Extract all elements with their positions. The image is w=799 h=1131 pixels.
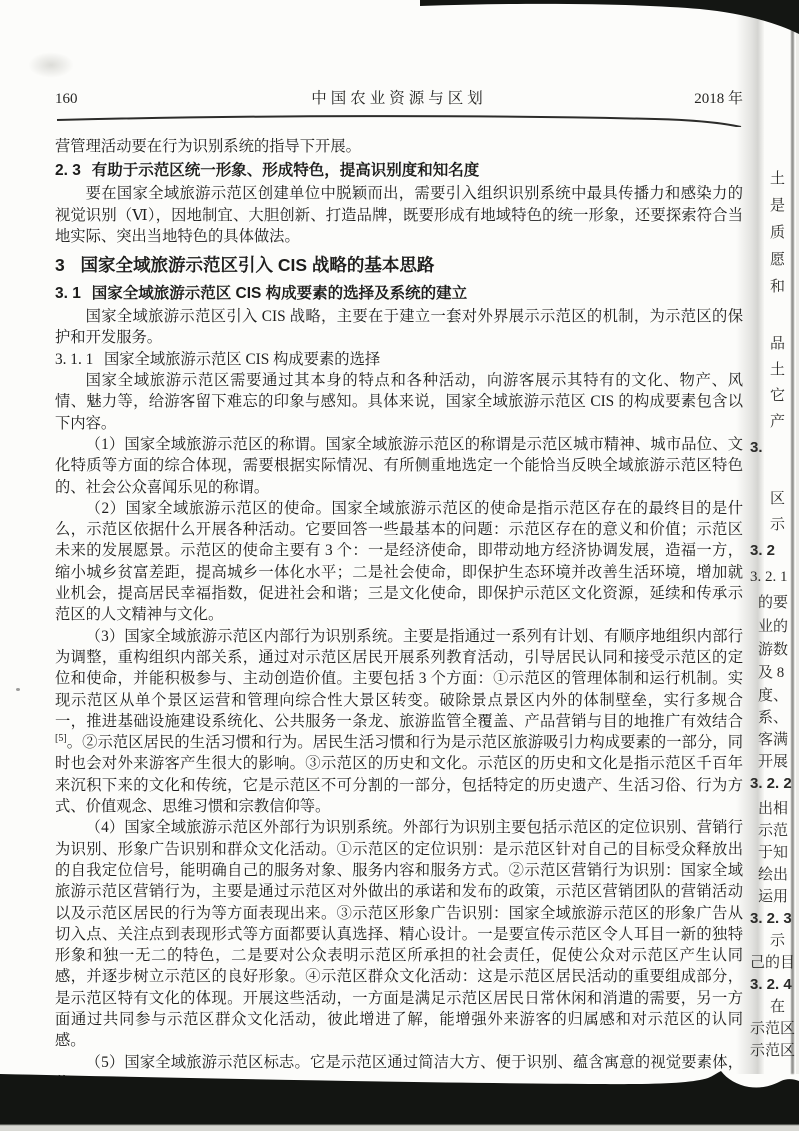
paragraph: （2）国家全域旅游示范区的使命。国家全域旅游示范区的使命是指示范区存在的最终目的… (55, 498, 743, 626)
adjacent-page-line: 开展 (758, 753, 788, 771)
adjacent-page-line: 在 (770, 998, 785, 1016)
adjacent-page-line: 3. 2. 1 (750, 568, 788, 586)
adjacent-page-line: 示 (770, 516, 785, 534)
adjacent-page-line: 示范 (758, 822, 788, 840)
adjacent-page-line: 系、 (758, 709, 788, 727)
heading-title: 国家全域旅游示范区 CIS 构成要素的选择 (104, 351, 380, 368)
section-heading-2-3: 2. 3有助于示范区统一形象、形成特色，提高识别度和知名度 (55, 160, 743, 182)
heading-title: 国家全域旅游示范区引入 CIS 战略的基本思路 (80, 255, 434, 275)
adjacent-page-line: 它 (770, 387, 785, 405)
section-heading-3-1: 3. 1国家全域旅游示范区 CIS 构成要素的选择及系统的建立 (55, 283, 743, 305)
paragraph-continuation: 营管理活动要在行为识别系统的指导下开展。 (55, 136, 743, 157)
adjacent-page-line: 土 (770, 361, 785, 379)
adjacent-page-line: 客满 (758, 731, 788, 749)
adjacent-page-line: 质 (770, 224, 785, 242)
adjacent-page-line: 3. 2. 3 (750, 910, 792, 928)
page-edge-line (791, 26, 794, 1074)
adjacent-page-line: 的要 (758, 594, 788, 612)
paragraph: （1）国家全域旅游示范区的称谓。国家全域旅游示范区的称谓是示范区城市精神、城市品… (55, 434, 743, 498)
adjacent-page-line: 示范区 (750, 1020, 795, 1038)
adjacent-page-line: 品 (770, 335, 785, 353)
heading-number: 3. 1 (55, 285, 81, 302)
page-content: 160 中国农业资源与区划 2018 年 营管理活动要在行为识别系统的指导下开展… (55, 86, 743, 1094)
paragraph: （5）国家全域旅游示范区标志。它是示范区通过简洁大方、便于识别、蕴含寓意的视觉要… (55, 1052, 743, 1095)
adjacent-page-line: 绘出 (758, 866, 788, 884)
scan-smudge (28, 52, 74, 78)
adjacent-page-sliver: 土是质愿和品土它产3.区示3. 23. 2. 1的要业的游数及 8度、系、客满开… (750, 0, 796, 1072)
heading-number: 2. 3 (55, 162, 81, 179)
adjacent-page-line: 3. (750, 439, 763, 457)
adjacent-page-line: 己的目 (750, 954, 795, 972)
adjacent-page-line: 及 8 (758, 664, 784, 682)
header-rule (55, 111, 743, 127)
adjacent-page-line: 示 (770, 932, 785, 950)
paragraph: （3）国家全域旅游示范区内部行为识别系统。主要是指通过一系列有计划、有顺序地组织… (55, 626, 743, 818)
heading-title: 有助于示范区统一形象、形成特色，提高识别度和知名度 (92, 162, 480, 179)
adjacent-page-line: 示范区 (750, 1042, 795, 1060)
heading-title: 国家全域旅游示范区 CIS 构成要素的选择及系统的建立 (92, 285, 467, 302)
adjacent-page-line: 愿 (770, 251, 785, 269)
heading-number: 3. 1. 1 (55, 351, 93, 368)
adjacent-page-line: 于知 (758, 844, 788, 862)
adjacent-page-line: 产 (770, 413, 785, 431)
scan-speck (16, 688, 20, 691)
adjacent-page-line: 3. 2. 4 (750, 976, 792, 994)
page-number: 160 (55, 91, 175, 108)
adjacent-page-line: 出相 (758, 800, 788, 818)
page-header: 160 中国农业资源与区划 2018 年 (55, 86, 743, 108)
adjacent-page-line: 土 (770, 170, 785, 188)
paragraph-text: （3）国家全域旅游示范区内部行为识别系统。主要是指通过一系列有计划、有顺序地组织… (55, 628, 743, 730)
section-heading-3-1-1: 3. 1. 1国家全域旅游示范区 CIS 构成要素的选择 (55, 349, 743, 370)
adjacent-page-line: 3. 2. 2 (750, 775, 792, 793)
journal-title: 中国农业资源与区划 (175, 86, 623, 108)
section-heading-3: 3国家全域旅游示范区引入 CIS 战略的基本思路 (55, 253, 743, 278)
scan-border-top (0, 0, 799, 40)
paragraph: 国家全域旅游示范区需要通过其本身的特点和各种活动，向游客展示其特有的文化、物产、… (55, 370, 743, 434)
paragraph-text: 。②示范区居民的生活习惯和行为。居民生活习惯和行为是示范区旅游吸引力构成要素的一… (55, 734, 743, 815)
heading-number: 3 (55, 255, 65, 275)
reference-marker: [5] (55, 733, 67, 744)
adjacent-page-line: 和 (770, 278, 785, 296)
adjacent-page-line: 是 (770, 197, 785, 215)
year-label: 2018 年 (623, 87, 743, 108)
adjacent-page-line: 运用 (758, 888, 788, 906)
paragraph: （4）国家全域旅游示范区外部行为识别系统。外部行为识别主要包括示范区的定位识别、… (55, 817, 743, 1051)
adjacent-page-line: 度、 (758, 687, 788, 705)
adjacent-page-line: 业的 (758, 618, 788, 636)
adjacent-page-line: 3. 2 (750, 542, 775, 560)
adjacent-page-line: 区 (770, 490, 785, 508)
journal-page-scan: 160 中国农业资源与区划 2018 年 营管理活动要在行为识别系统的指导下开展… (0, 0, 799, 1131)
adjacent-page-line: 游数 (758, 641, 788, 659)
paragraph: 国家全域旅游示范区引入 CIS 战略，主要在于建立一套对外界展示示范区的机制，为… (55, 306, 743, 349)
paragraph: 要在国家全域旅游示范区创建单位中脱颖而出，需要引入组织识别系统中最具传播力和感染… (55, 183, 743, 247)
article-body: 营管理活动要在行为识别系统的指导下开展。 2. 3有助于示范区统一形象、形成特色… (55, 136, 743, 1094)
